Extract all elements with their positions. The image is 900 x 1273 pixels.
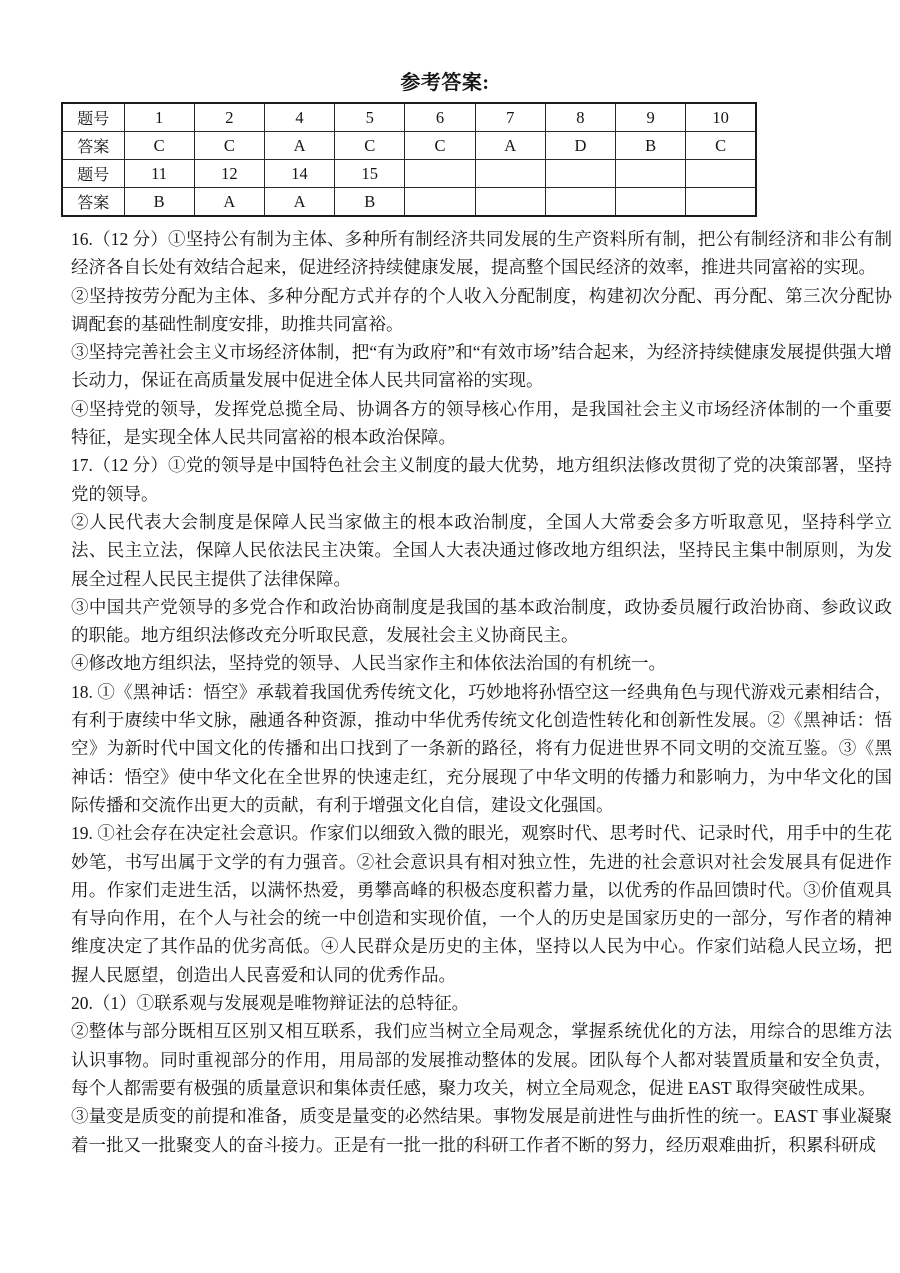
table-cell: D [545,132,615,160]
answer-18-paragraph: 18. ①《黑神话：悟空》承载着我国优秀传统文化，巧妙地将孙悟空这一经典角色与现… [71,678,892,819]
page-title: 参考答案: [0,0,890,95]
table-cell [686,160,756,188]
answer-20-paragraph: ②整体与部分既相互区别又相互联系，我们应当树立全局观念，掌握系统优化的方法，用综… [71,1017,892,1102]
table-cell [616,160,686,188]
row-header: 题号 [62,103,124,132]
row-header: 题号 [62,160,124,188]
answer-20-paragraph: 20.（1）①联系观与发展观是唯物辩证法的总特征。 [71,989,892,1017]
answer-17-paragraph: ②人民代表大会制度是保障人民当家做主的根本政治制度，全国人大常委会多方听取意见，… [71,508,892,593]
table-cell: 11 [124,160,194,188]
table-cell: 15 [335,160,405,188]
table-cell: A [475,132,545,160]
table-cell: 2 [194,103,264,132]
table-cell: A [194,188,264,217]
answer-20-paragraph: ③量变是质变的前提和准备，质变是量变的必然结果。事物发展是前进性与曲折性的统一。… [71,1102,892,1159]
table-cell: C [686,132,756,160]
table-cell: B [335,188,405,217]
table-cell: C [194,132,264,160]
answer-17-paragraph: ③中国共产党领导的多党合作和政治协商制度是我国的基本政治制度，政协委员履行政治协… [71,593,892,650]
answer-16-paragraph: ④坚持党的领导，发挥党总揽全局、协调各方的领导核心作用，是我国社会主义市场经济体… [71,395,892,452]
table-cell: A [264,188,334,217]
answer-16-paragraph: ②坚持按劳分配为主体、多种分配方式并存的个人收入分配制度，构建初次分配、再分配、… [71,282,892,339]
answer-17-paragraph: 17.（12 分）①党的领导是中国特色社会主义制度的最大优势，地方组织法修改贯彻… [71,451,892,508]
table-cell: 10 [686,103,756,132]
table-row: 答案 C C A C C A D B C [62,132,756,160]
table-cell [475,160,545,188]
table-cell: 7 [475,103,545,132]
table-cell: B [616,132,686,160]
table-cell [405,188,475,217]
table-cell: C [335,132,405,160]
table-row: 题号 11 12 14 15 [62,160,756,188]
table-cell: C [124,132,194,160]
table-cell: 14 [264,160,334,188]
table-cell [405,160,475,188]
table-cell: C [405,132,475,160]
table-cell [616,188,686,217]
answer-17-paragraph: ④修改地方组织法，坚持党的领导、人民当家作主和体依法治国的有机统一。 [71,649,892,677]
table-cell [475,188,545,217]
answer-19-paragraph: 19. ①社会存在决定社会意识。作家们以细致入微的眼光，观察时代、思考时代、记录… [71,819,892,989]
table-cell: 4 [264,103,334,132]
table-cell: 1 [124,103,194,132]
table-cell: 12 [194,160,264,188]
table-cell: B [124,188,194,217]
row-header: 答案 [62,132,124,160]
table-cell [545,160,615,188]
document-page: 参考答案: 题号 1 2 4 5 6 7 8 9 10 答案 C C [0,0,900,1273]
table-cell [686,188,756,217]
table-cell [545,188,615,217]
answers-text: 16.（12 分）①坚持公有制为主体、多种所有制经济共同发展的生产资料所有制，把… [71,225,892,1159]
answer-table: 题号 1 2 4 5 6 7 8 9 10 答案 C C A C C A D B [61,102,757,217]
table-cell: 6 [405,103,475,132]
answer-16-paragraph: ③坚持完善社会主义市场经济体制，把“有为政府”和“有效市场”结合起来，为经济持续… [71,338,892,395]
table-row: 答案 B A A B [62,188,756,217]
table-cell: A [264,132,334,160]
answer-16-paragraph: 16.（12 分）①坚持公有制为主体、多种所有制经济共同发展的生产资料所有制，把… [71,225,892,282]
table-cell: 9 [616,103,686,132]
table-row: 题号 1 2 4 5 6 7 8 9 10 [62,103,756,132]
table-cell: 8 [545,103,615,132]
table-cell: 5 [335,103,405,132]
row-header: 答案 [62,188,124,217]
